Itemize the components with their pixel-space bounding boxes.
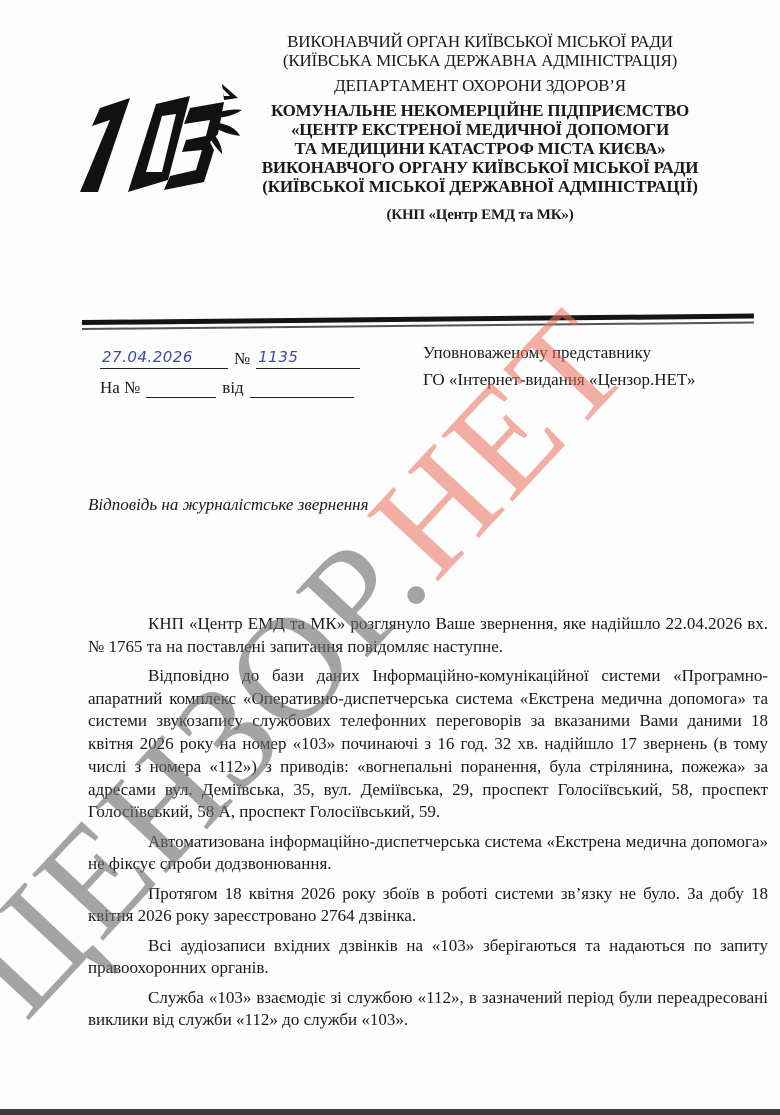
handwritten-date: 27.04.2026 (102, 348, 193, 366)
ref-number-field (146, 375, 216, 398)
document-page: ВИКОНАВЧИЙ ОРГАН КИЇВСЬКОЇ МІСЬКОЇ РАДИ … (0, 0, 780, 1115)
ref-number-label: На № (100, 378, 140, 398)
subject-line: Відповідь на журналістське звернення (88, 495, 369, 515)
letterhead-short-name: (КНП «Центр ЕМД та МК») (250, 206, 710, 225)
addressee: Уповноваженому представнику ГО «Інтернет… (423, 339, 695, 393)
handwritten-number: 1135 (258, 348, 298, 366)
registration-block: 27.04.2026 № 1135 На № від (100, 340, 360, 398)
letterhead-line: ТА МЕДИЦИНИ КАТАСТРОФ МІСТА КИЄВА» (250, 139, 710, 158)
number-label: № (228, 349, 256, 369)
letterhead-line: (КИЇВСЬКА МІСЬКА ДЕРЖАВНА АДМІНІСТРАЦІЯ) (250, 51, 710, 70)
addressee-line: Уповноваженому представнику (423, 339, 695, 366)
letterhead-line: «ЦЕНТР ЕКСТРЕНОЇ МЕДИЧНОЇ ДОПОМОГИ (250, 120, 710, 139)
body-paragraph: КНП «Центр ЕМД та МК» розглянуло Ваше зв… (88, 613, 768, 658)
letterhead: ВИКОНАВЧИЙ ОРГАН КИЇВСЬКОЇ МІСЬКОЇ РАДИ … (250, 32, 710, 225)
logo-103-icon (72, 80, 242, 200)
letterhead-line: ВИКОНАВЧИЙ ОРГАН КИЇВСЬКОЇ МІСЬКОЇ РАДИ (250, 32, 710, 51)
letterhead-line: ВИКОНАВЧОГО ОРГАНУ КИЇВСЬКОЇ МІСЬКОЇ РАД… (250, 158, 710, 177)
addressee-line: ГО «Інтернет-видання «Цензор.НЕТ» (423, 366, 695, 393)
outgoing-number-field: 1135 (256, 346, 360, 369)
ref-date-label: від (216, 378, 249, 398)
letter-body: КНП «Центр ЕМД та МК» розглянуло Ваше зв… (88, 613, 768, 1039)
letterhead-line: КОМУНАЛЬНЕ НЕКОМЕРЦІЙНЕ ПІДПРИЄМСТВО (250, 101, 710, 120)
body-paragraph: Всі аудіозаписи вхідних дзвінків на «103… (88, 935, 768, 980)
letterhead-line: (КИЇВСЬКОЇ МІСЬКОЇ ДЕРЖАВНОЇ АДМІНІСТРАЦ… (250, 177, 710, 196)
letterhead-divider (82, 312, 754, 332)
outgoing-date-field: 27.04.2026 (100, 346, 228, 369)
watermark-part-red: НЕТ (339, 280, 659, 607)
letterhead-department: ДЕПАРТАМЕНТ ОХОРОНИ ЗДОРОВ’Я (250, 76, 710, 95)
ref-date-field (250, 375, 354, 398)
body-paragraph: Відповідно до бази даних Інформаційно-ко… (88, 665, 768, 824)
body-paragraph: Служба «103» взаємодіє зі службою «112»,… (88, 987, 768, 1032)
scan-bottom-edge (0, 1109, 780, 1115)
body-paragraph: Автоматизована інформаційно-диспетчерськ… (88, 831, 768, 876)
body-paragraph: Протягом 18 квітня 2026 року збоїв в роб… (88, 883, 768, 928)
